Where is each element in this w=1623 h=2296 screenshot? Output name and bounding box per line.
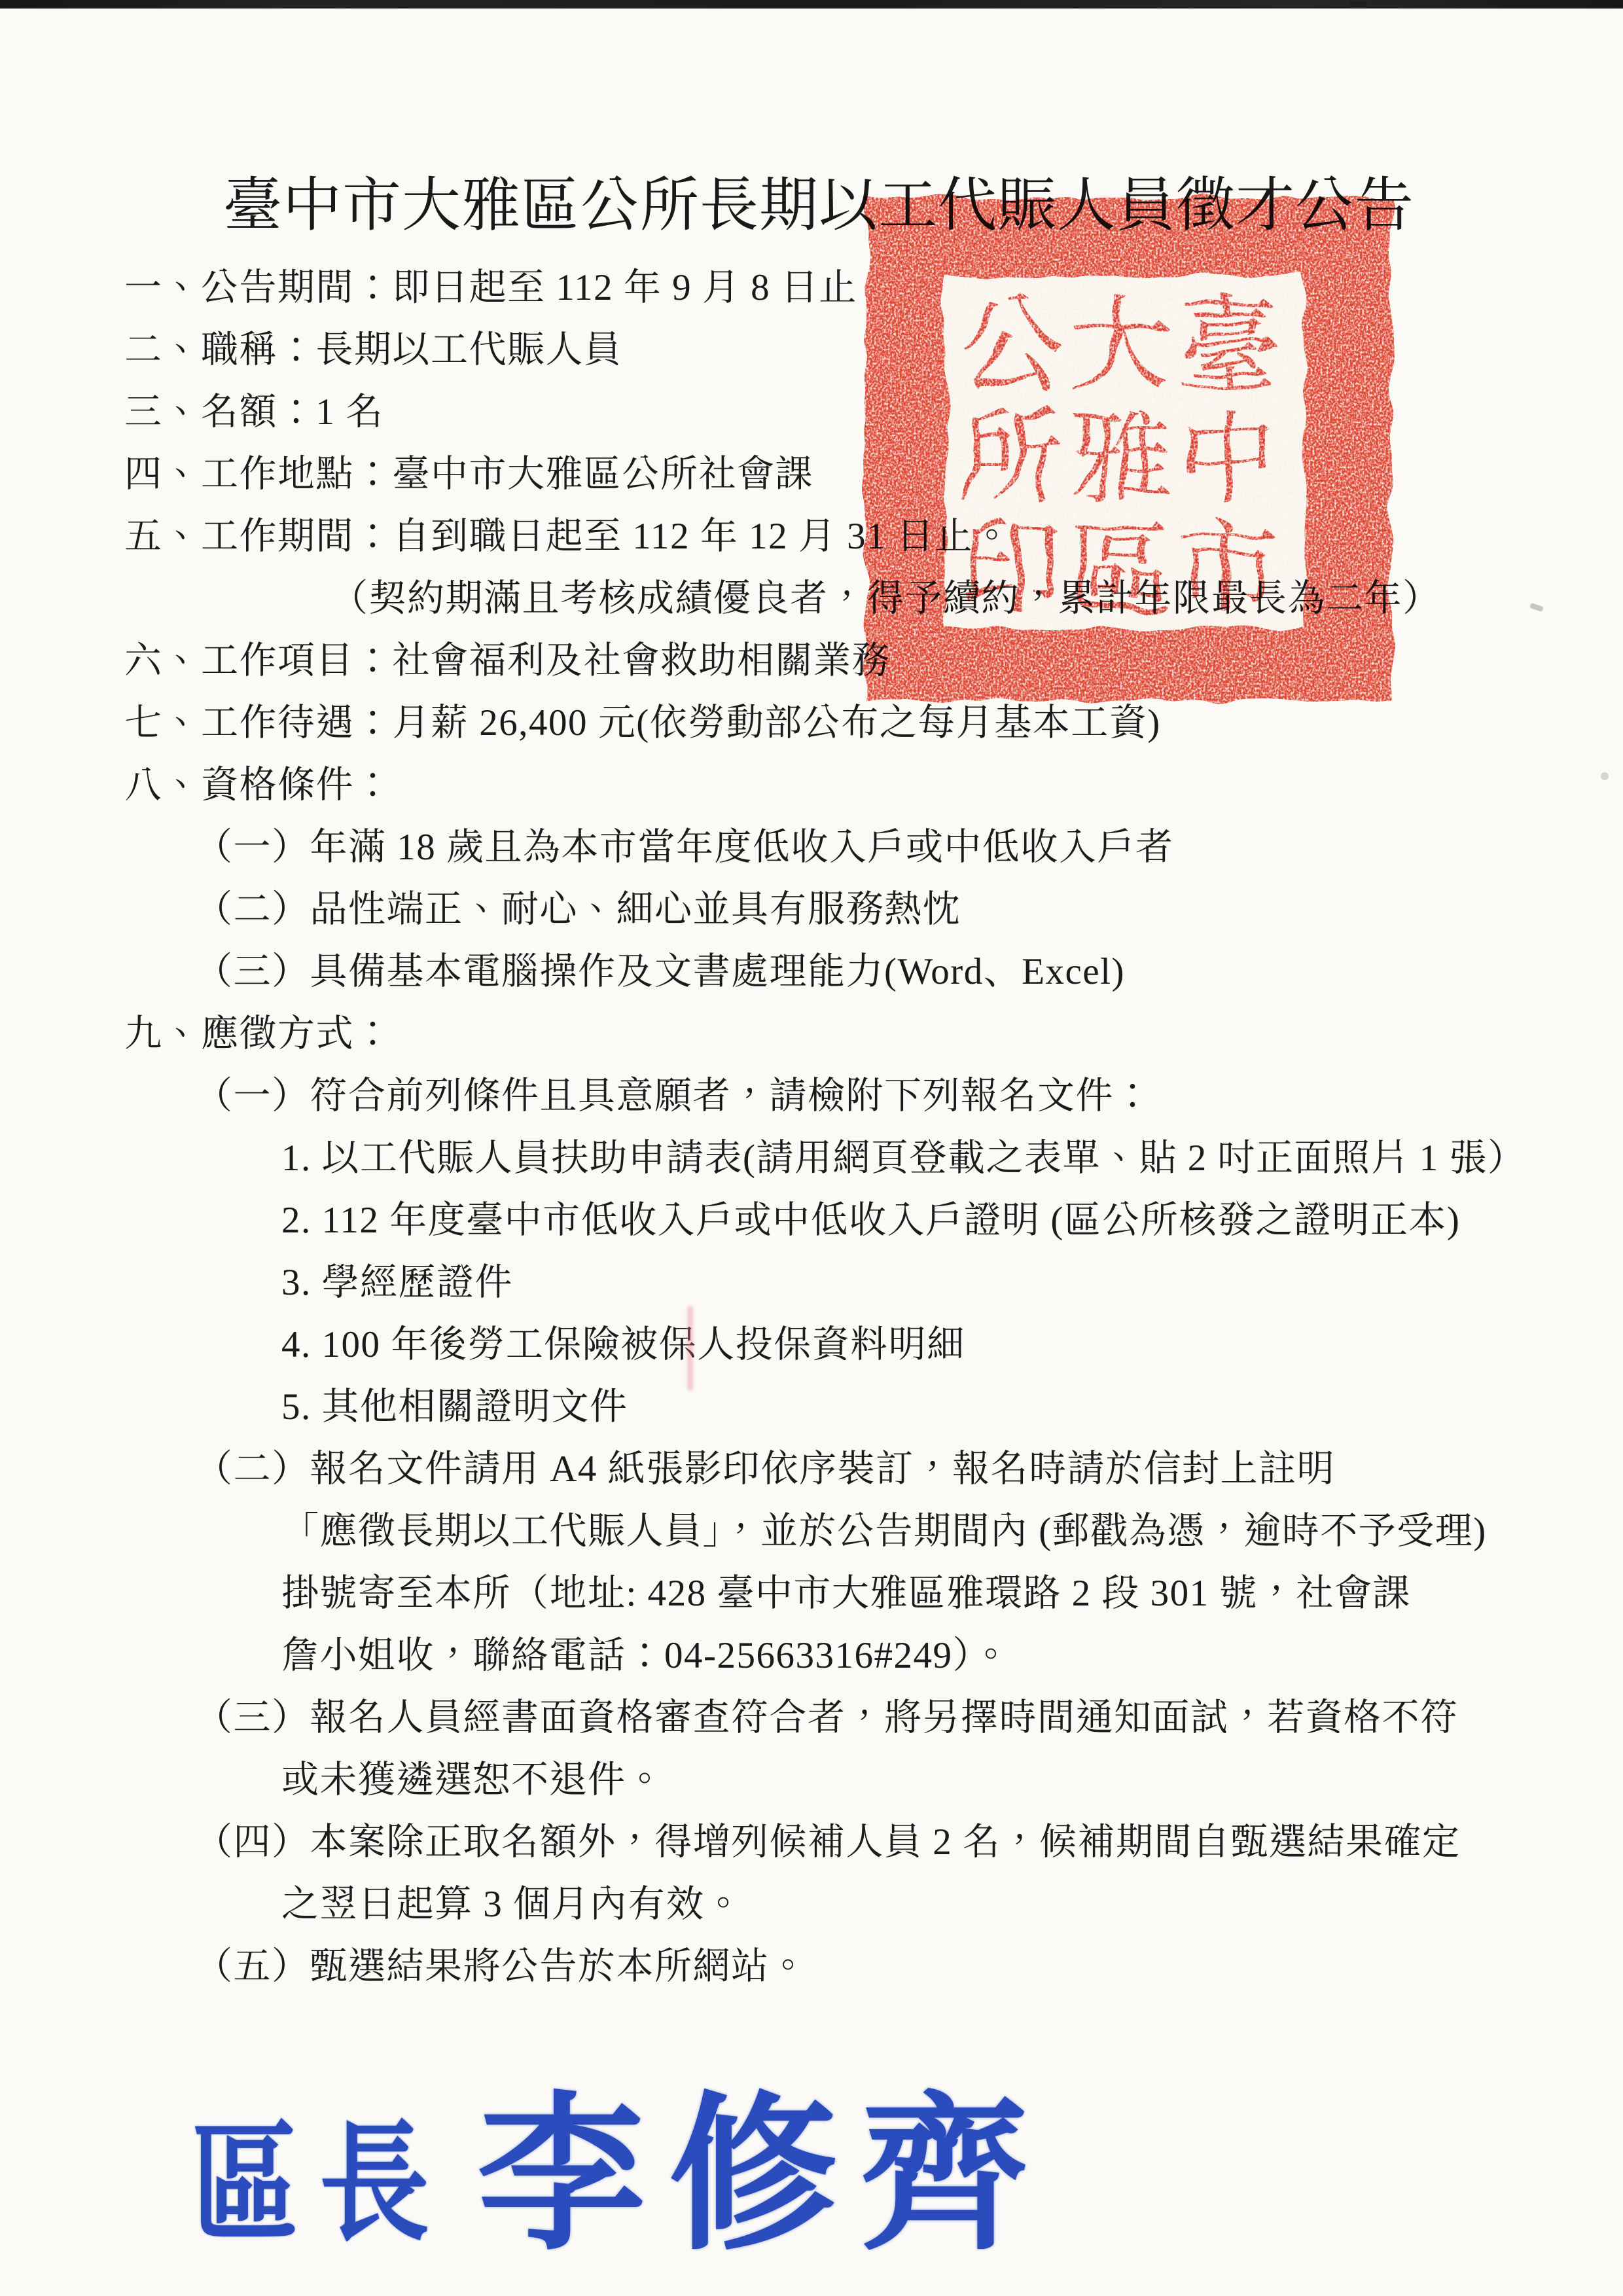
seal-script-char: 區 xyxy=(1069,514,1173,628)
scan-speck-artifact xyxy=(1349,1,1366,7)
document-line: 4. 100 年後勞工保險被保人投保資料明細 xyxy=(0,1314,1623,1376)
document-line: （一）年滿 18 歲且為本市當年度低收入戶或中低收入戶者 xyxy=(0,816,1623,878)
document-line: 八、資格條件： xyxy=(0,754,1623,816)
seal-script-char: 雅 xyxy=(1069,403,1173,517)
document-line: （二）品性端正、耐心、細心並具有服務熱忱 xyxy=(0,878,1623,941)
scan-speck-artifact xyxy=(1601,772,1609,780)
document-line: 3. 學經歷證件 xyxy=(0,1251,1623,1314)
document-line: （四）本案除正取名額外，得增列候補人員 2 名，候補期間自甄選結果確定 xyxy=(0,1811,1623,1873)
document-line: （二）報名文件請用 A4 紙張影印依序裝訂，報名時請於信封上註明 xyxy=(0,1438,1623,1500)
document-line: 「應徵長期以工代賑人員」，並於公告期間內 (郵戳為憑，逾時不予受理) xyxy=(0,1500,1623,1562)
scan-edge-artifact xyxy=(0,0,1623,9)
seal-script-char: 所 xyxy=(960,403,1063,517)
document-line: 或未獲遴選恕不退件。 xyxy=(0,1749,1623,1811)
scanned-announcement-page: 臺中市大雅區公所長期以工代賑人員徵才公告 一、公告期間：即日起至 112 年 9… xyxy=(0,0,1623,2296)
document-line: 1. 以工代賑人員扶助申請表(請用網頁登載之表單、貼 2 吋正面照片 1 張） xyxy=(0,1127,1623,1189)
document-line: 掛號寄至本所（地址: 428 臺中市大雅區雅環路 2 段 301 號，社會課 xyxy=(0,1562,1623,1624)
signature-block: 區長 李修齊 xyxy=(191,2055,1051,2265)
seal-script-char: 公 xyxy=(960,291,1063,406)
seal-script-char: 中 xyxy=(1176,403,1279,517)
signature-role: 區長 xyxy=(191,2080,448,2266)
document-line: （五）甄選結果將公告於本所網站。 xyxy=(0,1935,1623,1998)
seal-script-text: 臺中市大雅區公所印 xyxy=(960,291,1279,628)
document-line: 2. 112 年度臺中市低收入戶或中低收入戶證明 (區公所核發之證明正本) xyxy=(0,1189,1623,1251)
document-line: 詹小姐收，聯絡電話：04-25663316#249）。 xyxy=(0,1624,1623,1687)
document-line: （三）具備基本電腦操作及文書處理能力(Word、Excel) xyxy=(0,941,1623,1003)
document-line: （三）報名人員經書面資格審查符合者，將另擇時間通知面試，若資格不符 xyxy=(0,1687,1623,1749)
document-line: 之翌日起算 3 個月內有效。 xyxy=(0,1873,1623,1935)
document-line: （一）符合前列條件且具意願者，請檢附下列報名文件： xyxy=(0,1065,1623,1127)
seal-script-char: 市 xyxy=(1176,514,1279,628)
scan-streak-artifact xyxy=(687,1306,693,1391)
document-line: 九、應徵方式： xyxy=(0,1003,1623,1065)
signature-name: 李修齊 xyxy=(478,2039,1051,2282)
seal-script-char: 臺 xyxy=(1176,291,1279,406)
official-seal: 臺中市大雅區公所印 xyxy=(859,191,1398,707)
document-line: 5. 其他相關證明文件 xyxy=(0,1376,1623,1438)
seal-script-char: 大 xyxy=(1069,291,1173,406)
seal-script-char: 印 xyxy=(960,514,1063,628)
